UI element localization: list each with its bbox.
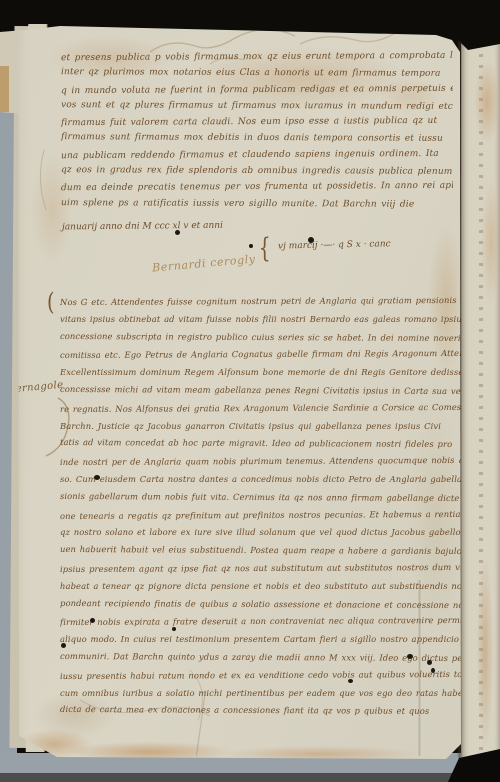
manuscript-page: et presens publica p vobis firmamus mox … [0, 0, 500, 782]
entry-2: Nos G etc. Attendentes fuisse cognitum n… [60, 293, 462, 720]
manuscript-line: Nos G etc. Attendentes fuisse cognitum n… [60, 292, 462, 312]
manuscript-line: q in mundo voluta ne fuerint in forma pu… [61, 80, 453, 99]
ink-blot [249, 244, 253, 248]
manuscript-line: comitissa etc. Ego Petrus de Anglaria Co… [60, 345, 462, 365]
ink-blot [90, 618, 95, 623]
manuscript-line: habeat a tenear qz pignore dicta pension… [60, 578, 462, 596]
ink-blot [308, 237, 314, 243]
manuscript-line: tatis ad vitam concedat ab hoc parte mig… [60, 434, 462, 454]
manuscript-line: firmiter nobis expirata a fratre deserui… [60, 612, 462, 632]
manuscript-line: concessisse michi ad vitam meam gabellan… [60, 381, 462, 401]
manuscript-line: aliquo modo. In cuius rei testimonium pr… [60, 631, 462, 649]
manuscript-line: uim splene ps a ratificatis iussis vero … [61, 195, 453, 213]
manuscript-line: one tenearis a regatis qz prefinitum aut… [60, 506, 462, 526]
manuscript-line: cum omnibus iuribus a solatio michi pert… [60, 685, 462, 703]
ink-blot [431, 668, 435, 673]
manuscript-line: ipsius presentem agant qz ipse fiat qz n… [60, 559, 462, 579]
ink-blot [94, 475, 100, 480]
manuscript-line: sionis gabellarum dum nobis fuit vita. C… [60, 488, 462, 508]
manuscript-photo: et presens publica p vobis firmamus mox … [0, 0, 500, 782]
entry-1: et presens publica p vobis firmamus mox … [61, 49, 453, 212]
next-folio-fore-edge [461, 32, 500, 762]
manuscript-line: inter qz plurimos mox notarios eius Clas… [61, 64, 453, 82]
chancery-cancellation-note: vj marcij ·—· q S x · canc [278, 238, 428, 251]
manuscript-line: communiri. Dat Barchn quinto ydus a zara… [60, 648, 462, 668]
manuscript-line: re regnatis. Nos Alfonsus dei gratia Rex… [60, 399, 462, 419]
ink-blot [348, 679, 353, 683]
manuscript-line: iussu presentis habui ratum nondo et ex … [60, 666, 462, 686]
ink-blot [407, 654, 413, 659]
manuscript-line: Excellentissimum dominum Regem Alfonsum … [60, 364, 462, 382]
manuscript-line: firmamus sunt firmamus mox debitis in du… [61, 130, 453, 148]
manuscript-line: so. Cum eiusdem Carta nostra dantes a co… [60, 471, 462, 489]
brace-mark: { [259, 233, 271, 264]
manuscript-line: uen habuerit habuit vel eius substituend… [60, 541, 462, 561]
backing-board-shadow [0, 773, 500, 782]
ink-blot [172, 627, 176, 631]
manuscript-line: inde nostri per de Anglaria quam nobis p… [60, 452, 462, 472]
ink-blot [175, 230, 180, 235]
ink-blot [61, 643, 66, 648]
manuscript-line: dicta de carta mea ex donaciones a conce… [60, 701, 462, 721]
paraph-mark: ( [47, 288, 55, 316]
manuscript-line: dum ea deinde precatis tenemus per vos f… [61, 178, 453, 197]
ink-blot [427, 660, 432, 665]
manuscript-line: vitans ipsius obtinebat ad vitam fuisse … [60, 311, 462, 329]
registrar-note: Bernardi cerogly [152, 253, 256, 275]
manuscript-line: Barchn. Justicie qz Jacobus ganarron Civ… [60, 418, 462, 436]
date-line: januarij anno dni M ccc xl v et anni [62, 220, 332, 233]
manuscript-line: qz nostro solano et labore ex iure sive … [60, 524, 462, 542]
binding-edge [0, 66, 9, 112]
